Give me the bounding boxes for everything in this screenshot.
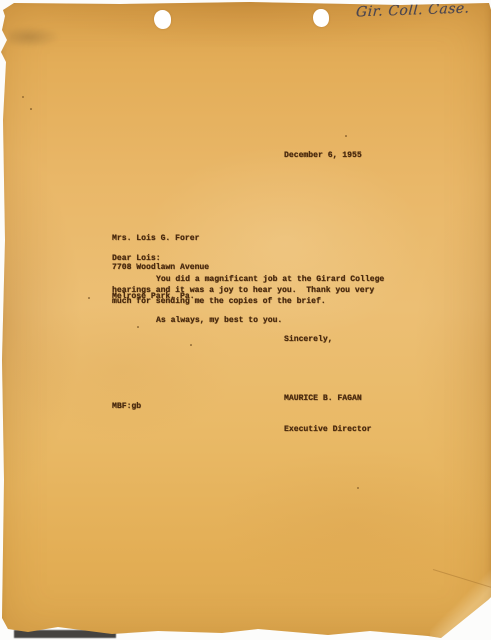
reference-initials: MBF:gb — [112, 402, 141, 413]
closing-line: As always, my best to you. — [156, 316, 282, 327]
punch-hole-right — [313, 9, 329, 27]
torn-corner-smudge — [8, 26, 60, 48]
folded-corner-highlight — [430, 570, 491, 640]
signature-name: MAURICE B. FAGAN — [284, 394, 371, 404]
paper-speck — [88, 297, 90, 299]
paper-speck — [137, 326, 139, 328]
fold-crease — [433, 569, 491, 589]
handwritten-annotation: Gir. Coll. Case. — [355, 0, 491, 20]
paper-speck — [30, 108, 32, 110]
punch-hole-left — [154, 10, 171, 29]
signature-title: Executive Director — [284, 425, 371, 435]
body-paragraph: You did a magnificant job at the Girard … — [112, 275, 386, 307]
letter-date: December 6, 1955 — [284, 151, 362, 162]
signature-block: MAURICE B. FAGAN Executive Director — [284, 373, 371, 456]
recipient-name: Mrs. Lois G. Forer — [112, 234, 209, 244]
paper-speck — [357, 487, 359, 489]
paper-speck — [22, 96, 24, 98]
valediction: Sincerely, — [284, 335, 333, 346]
salutation: Dear Lois: — [112, 254, 161, 265]
scanned-letter: Gir. Coll. Case. December 6, 1955 Mrs. L… — [0, 0, 491, 640]
paper-speck — [190, 344, 192, 346]
letter-paper: Gir. Coll. Case. December 6, 1955 Mrs. L… — [0, 0, 491, 640]
paper-speck — [345, 135, 347, 137]
